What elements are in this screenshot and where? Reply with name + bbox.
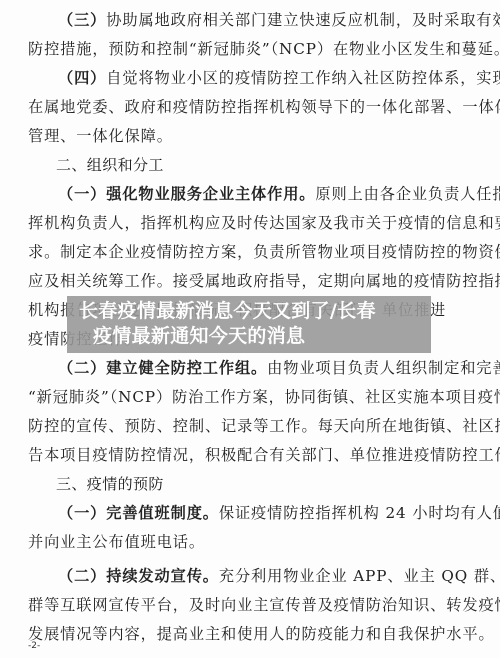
line-text: “新冠肺炎”（NCP）防治工作方案，协同街镇、社区实施本项目疫情 — [28, 388, 500, 406]
paragraph-line: 管理、一体化保障。 — [28, 126, 472, 146]
paragraph-line: （四）自觉将物业小区的疫情防控工作纳入社区防控体系，实现 — [58, 68, 472, 88]
line-text: 保证疫情防控指挥机构 24 小时均有人值守， — [219, 504, 500, 522]
line-text: 充分利用物业企业 APP、业主 QQ 群、微信 — [219, 567, 500, 585]
line-text: 防控的宣传、预防、控制、记录等工作。每天向所在地街镇、社区报 — [28, 417, 500, 435]
line-text: 协助属地政府相关部门建立快速反应机制，及时采取有效 — [106, 11, 500, 29]
section-heading: 三、疫情的预防 — [56, 474, 500, 494]
paragraph-line: 求。制定本企业疫情防控方案，负责所管物业项目疫情防控的物资供 — [28, 242, 472, 262]
bold-lead: （二）建立健全防控工作组。 — [58, 359, 267, 377]
line-text: 管理、一体化保障。 — [28, 127, 173, 145]
paragraph-line: 防控措施，预防和控制“新冠肺炎”（NCP）在物业小区发生和蔓延。 — [28, 39, 472, 59]
paragraph-line: “新冠肺炎”（NCP）防治工作方案，协同街镇、社区实施本项目疫情 — [28, 387, 472, 407]
section-marker: （三） — [58, 11, 106, 29]
page-number: -2- — [28, 641, 40, 651]
paragraph-line: （三）协助属地政府相关部门建立快速反应机制，及时采取有效 — [58, 10, 472, 30]
paragraph-line: 防控的宣传、预防、控制、记录等工作。每天向所在地街镇、社区报 — [28, 416, 472, 436]
line-text: 并向业主公布值班电话。 — [28, 533, 205, 551]
paragraph-line: 发展情况等内容，提高业主和使用人的防疫能力和自我保护水平。 — [28, 624, 472, 644]
paragraph-line: （一）强化物业服务企业主体作用。原则上由各企业负责人任指 — [58, 184, 472, 204]
paragraph-line: 群等互联网宣传平台，及时向业主宣传普及疫情防治知识、转发疫情 — [28, 595, 472, 615]
line-text: 由物业项目负责人组织制定和完善 — [267, 359, 500, 377]
line-text: 应及相关统筹工作。接受属地政府指导，定期向属地的疫情防控指挥 — [28, 272, 500, 290]
heading-text: 三、疫情的预防 — [56, 475, 164, 493]
paragraph-line: （二）建立健全防控工作组。由物业项目负责人组织制定和完善 — [58, 358, 472, 378]
bold-lead: （二）持续发动宣传。 — [58, 567, 219, 585]
bold-lead: （一）强化物业服务企业主体作用。 — [58, 185, 315, 203]
bold-lead: （一）完善值班制度。 — [58, 504, 219, 522]
headline-banner[interactable]: 长春疫情最新消息今天又到了/长春 疫情最新通知今天的消息 — [67, 296, 431, 353]
line-text: 自觉将物业小区的疫情防控工作纳入社区防控体系，实现 — [106, 69, 500, 87]
paragraph-line: 应及相关统筹工作。接受属地政府指导，定期向属地的疫情防控指挥 — [28, 271, 472, 291]
paragraph-line: 挥机构负责人，指挥机构应及时传达国家及我市关于疫情的信息和要 — [28, 213, 472, 233]
paragraph-line: 在属地党委、政府和疫情防控指挥机构领导下的一体化部署、一体化 — [28, 97, 472, 117]
paragraph-line: （一）完善值班制度。保证疫情防控指挥机构 24 小时均有人值守， — [58, 503, 472, 523]
paragraph-line: 告本项目疫情防控情况，积极配合有关部门、单位推进疫情防控工作。 — [28, 445, 472, 465]
headline-line-2: 疫情最新通知今天的消息 — [79, 324, 424, 349]
headline-line-1: 长春疫情最新消息今天又到了/长春 — [79, 299, 424, 324]
line-text: 防控措施，预防和控制“新冠肺炎”（NCP）在物业小区发生和蔓延。 — [28, 40, 500, 58]
line-text: 在属地党委、政府和疫情防控指挥机构领导下的一体化部署、一体化 — [28, 98, 500, 116]
headline-title: 长春疫情最新消息今天又到了/长春 疫情最新通知今天的消息 — [79, 299, 424, 349]
line-text: 群等互联网宣传平台，及时向业主宣传普及疫情防治知识、转发疫情 — [28, 596, 500, 614]
heading-text: 二、组织和分工 — [56, 156, 164, 174]
line-text: 挥机构负责人，指挥机构应及时传达国家及我市关于疫情的信息和要 — [28, 214, 500, 232]
line-text: 告本项目疫情防控情况，积极配合有关部门、单位推进疫情防控工作。 — [28, 446, 500, 464]
paragraph-line: （二）持续发动宣传。充分利用物业企业 APP、业主 QQ 群、微信 — [58, 566, 472, 586]
section-heading: 二、组织和分工 — [56, 155, 500, 175]
section-marker: （四） — [58, 69, 106, 87]
line-text: 求。制定本企业疫情防控方案，负责所管物业项目疫情防控的物资供 — [28, 243, 500, 261]
line-text: 原则上由各企业负责人任指 — [315, 185, 500, 203]
paragraph-line: 并向业主公布值班电话。 — [28, 532, 472, 552]
line-text: 发展情况等内容，提高业主和使用人的防疫能力和自我保护水平。 — [28, 625, 495, 643]
